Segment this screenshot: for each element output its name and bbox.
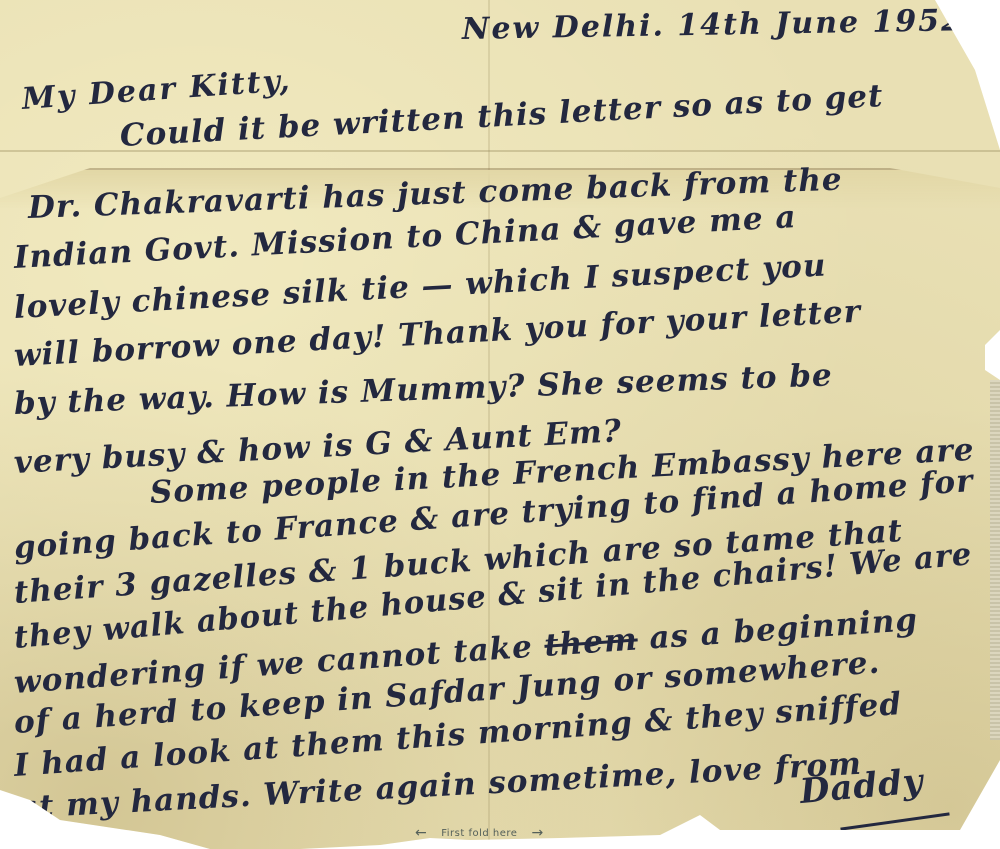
paper-edge-strip [990,380,1000,740]
place-date: New Delhi. 14th June 1952 [462,3,965,47]
fold-instruction: ← First fold here → [415,825,544,841]
letter-paper: New Delhi. 14th June 1952 My Dear Kitty,… [0,0,1000,849]
signature-underline [840,812,949,830]
left-arrow-icon: ← [415,825,427,841]
right-arrow-icon: → [531,825,543,841]
salutation: My Dear Kitty, [21,63,293,117]
struck-word: them [543,621,639,663]
fold-instruction-label: First fold here [441,828,517,839]
